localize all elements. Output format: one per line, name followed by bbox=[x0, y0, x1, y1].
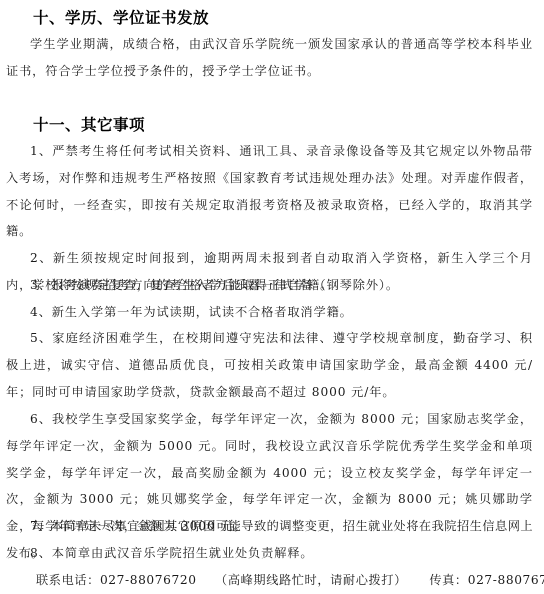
phone-label: 联系电话： bbox=[36, 567, 100, 594]
contact-line: 联系电话：027-88076720 （高峰期线路忙时，请耐心拨打） 传真：027… bbox=[36, 567, 544, 594]
item-exam-rules: 1、严禁考生将任何考试相关资料、通讯工具、录音录像设备等及其它规定以外物品带入考… bbox=[6, 138, 533, 245]
section-heading-certificates: 十、学历、学位证书发放 bbox=[6, 8, 209, 28]
phone-number: 027-88076720 bbox=[100, 567, 197, 594]
item-instruments: 3、报考演奏招考方向的考生入学后乐器一律自备（钢琴除外）。 bbox=[6, 272, 533, 299]
item-interpretation: 8、本简章由武汉音乐学院招生就业处负责解释。 bbox=[6, 540, 533, 567]
fax-label: 传真： bbox=[429, 567, 467, 594]
fax-number: 027-88076721 bbox=[468, 567, 544, 594]
item-financial-aid: 5、家庭经济困难学生，在校期间遵守宪法和法律、遵守学校规章制度，勤奋学习、积极上… bbox=[6, 325, 533, 405]
phone-note: （高峰期线路忙时，请耐心拨打） bbox=[215, 567, 407, 594]
certificates-paragraph: 学生学业期满，成绩合格，由武汉音乐学院统一颁发国家承认的普通高等学校本科毕业证书… bbox=[6, 31, 533, 85]
section-heading-other-matters: 十一、其它事项 bbox=[6, 115, 145, 135]
item-probation: 4、新生入学第一年为试读期，试读不合格者取消学籍。 bbox=[6, 299, 533, 326]
